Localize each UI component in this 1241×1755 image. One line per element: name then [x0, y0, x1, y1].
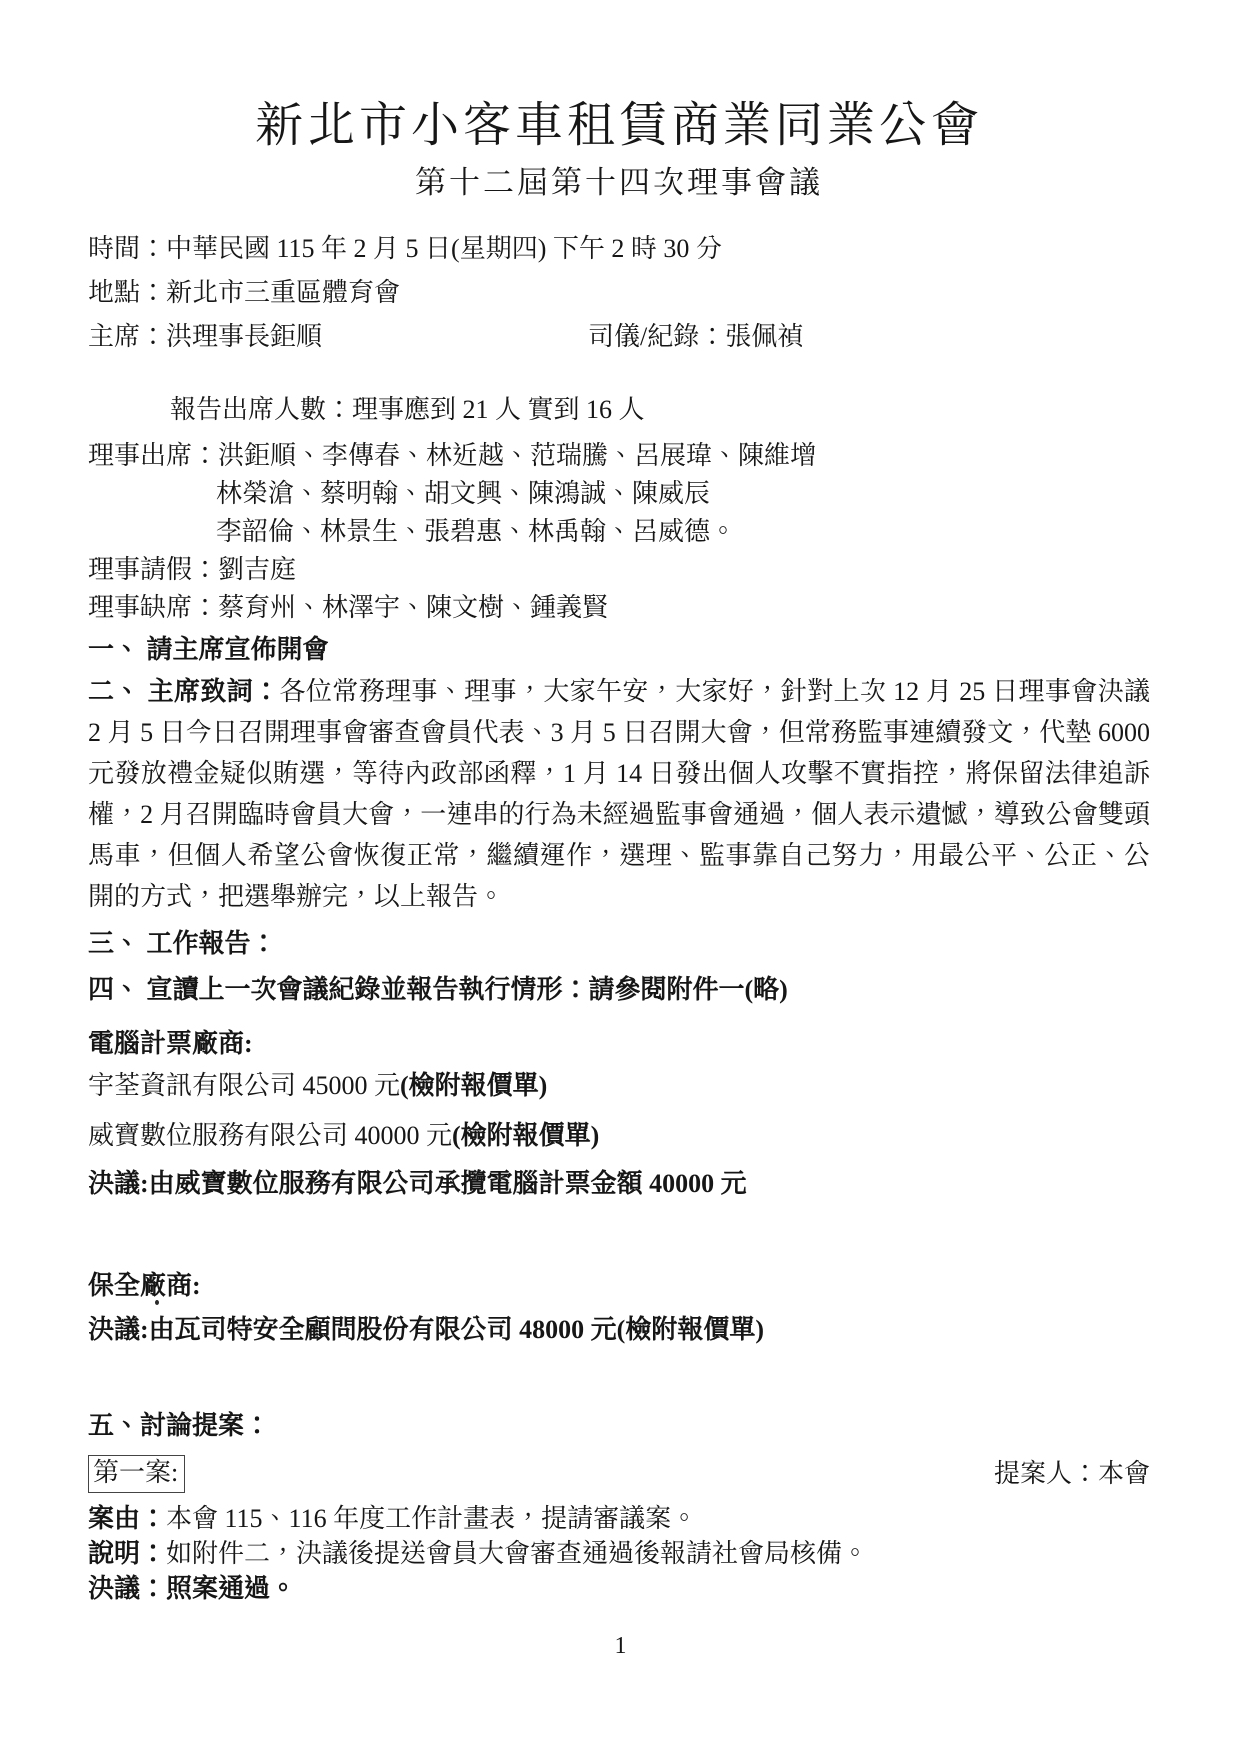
proposal-note-text: 如附件二，決議後提送會員大會審查通過後報請社會局核備。	[166, 1539, 868, 1568]
directors-absent: 理事缺席：蔡育州、林澤宇、陳文樹、鍾義賢	[88, 589, 1150, 627]
proposals-heading: 五、討論提案：	[88, 1407, 1150, 1445]
proposal-case-1-proposer: 提案人：本會	[994, 1455, 1150, 1493]
meeting-chair: 主席：洪理事長鉅順	[88, 315, 588, 359]
document-page: 新北市小客車租賃商業同業公會 第十二屆第十四次理事會議 時間：中華民國 115 …	[0, 0, 1241, 1755]
vote-vendor-resolution: 決議:由威寶數位服務有限公司承攬電腦計票金額 40000 元	[88, 1165, 1150, 1203]
attendance-summary: 報告出席人數：理事應到 21 人 實到 16 人	[88, 391, 1150, 429]
proposal-case-1-resolution: 決議：照案通過。	[88, 1571, 1150, 1606]
agenda-item-2-label: 二、 主席致詞：	[88, 677, 280, 706]
meeting-meta: 時間：中華民國 115 年 2 月 5 日(星期四) 下午 2 時 30 分 地…	[88, 227, 1150, 359]
document-title: 新北市小客車租賃商業同業公會	[88, 98, 1150, 153]
meeting-location: 地點：新北市三重區體育會	[88, 271, 1150, 315]
vote-vendor-quote-1: 宇荃資訊有限公司 45000 元(檢附報價單)	[88, 1067, 1150, 1105]
agenda-item-1: 一、 請主席宣佈開會	[88, 631, 1150, 669]
proposal-case-1-subject: 案由：本會 115、116 年度工作計畫表，提請審議案。	[88, 1501, 1150, 1536]
proposal-case-1-row: 第一案: 提案人：本會	[88, 1455, 1150, 1493]
proposal-subject-text: 本會 115、116 年度工作計畫表，提請審議案。	[166, 1504, 697, 1533]
chair-speech-text: 各位常務理事、理事，大家午安，大家好，針對上次 12 月 25 日理事會決議 2…	[88, 677, 1150, 911]
security-vendor-resolution: 決議:由瓦司特安全顧問股份有限公司 48000 元(檢附報價單)	[88, 1311, 1150, 1349]
directors-present-label: 理事出席：	[88, 441, 218, 470]
agenda-item-2: 二、 主席致詞：各位常務理事、理事，大家午安，大家好，針對上次 12 月 25 …	[88, 671, 1150, 917]
page-number: 1	[0, 1632, 1241, 1660]
directors-present-line: 理事出席：洪鉅順、李傳春、林近越、范瑞騰、呂展瑋、陳維增	[88, 437, 1150, 475]
security-vendor-heading: 保全廠商:	[88, 1267, 1150, 1305]
directors-present-names-1: 洪鉅順、李傳春、林近越、范瑞騰、呂展瑋、陳維增	[218, 441, 816, 470]
directors-present-names-3: 李韶倫、林景生、張碧惠、林禹翰、呂威德。	[88, 513, 1150, 551]
proposal-note-label: 說明：	[88, 1539, 166, 1568]
meeting-recorder: 司儀/紀錄：張佩禎	[588, 315, 803, 359]
proposal-case-1-label: 第一案:	[88, 1455, 185, 1493]
scan-artifact-dot	[155, 1300, 159, 1305]
vote-vendor-quote-2-note: (檢附報價單)	[452, 1121, 599, 1150]
vote-vendor-quote-2-text: 威寶數位服務有限公司 40000 元	[88, 1121, 452, 1150]
agenda-item-4: 四、 宣讀上一次會議紀錄並報告執行情形：請參閱附件一(略)	[88, 971, 1150, 1009]
directors-on-leave: 理事請假：劉吉庭	[88, 551, 1150, 589]
vote-vendor-quote-1-text: 宇荃資訊有限公司 45000 元	[88, 1071, 400, 1100]
directors-present-names-2: 林榮滄、蔡明翰、胡文興、陳鴻誠、陳威辰	[88, 475, 1150, 513]
proposal-case-1-note: 說明：如附件二，決議後提送會員大會審查通過後報請社會局核備。	[88, 1536, 1150, 1571]
vote-vendor-quote-2: 威寶數位服務有限公司 40000 元(檢附報價單)	[88, 1117, 1150, 1155]
meeting-chair-row: 主席：洪理事長鉅順 司儀/紀錄：張佩禎	[88, 315, 1150, 359]
proposal-subject-label: 案由：	[88, 1504, 166, 1533]
vote-vendor-quote-1-note: (檢附報價單)	[400, 1071, 547, 1100]
document-subtitle: 第十二屆第十四次理事會議	[88, 165, 1150, 201]
agenda-item-3: 三、 工作報告：	[88, 925, 1150, 963]
meeting-time: 時間：中華民國 115 年 2 月 5 日(星期四) 下午 2 時 30 分	[88, 227, 1150, 271]
document-content: 新北市小客車租賃商業同業公會 第十二屆第十四次理事會議 時間：中華民國 115 …	[88, 0, 1150, 1606]
vote-vendor-heading: 電腦計票廠商:	[88, 1025, 1150, 1063]
